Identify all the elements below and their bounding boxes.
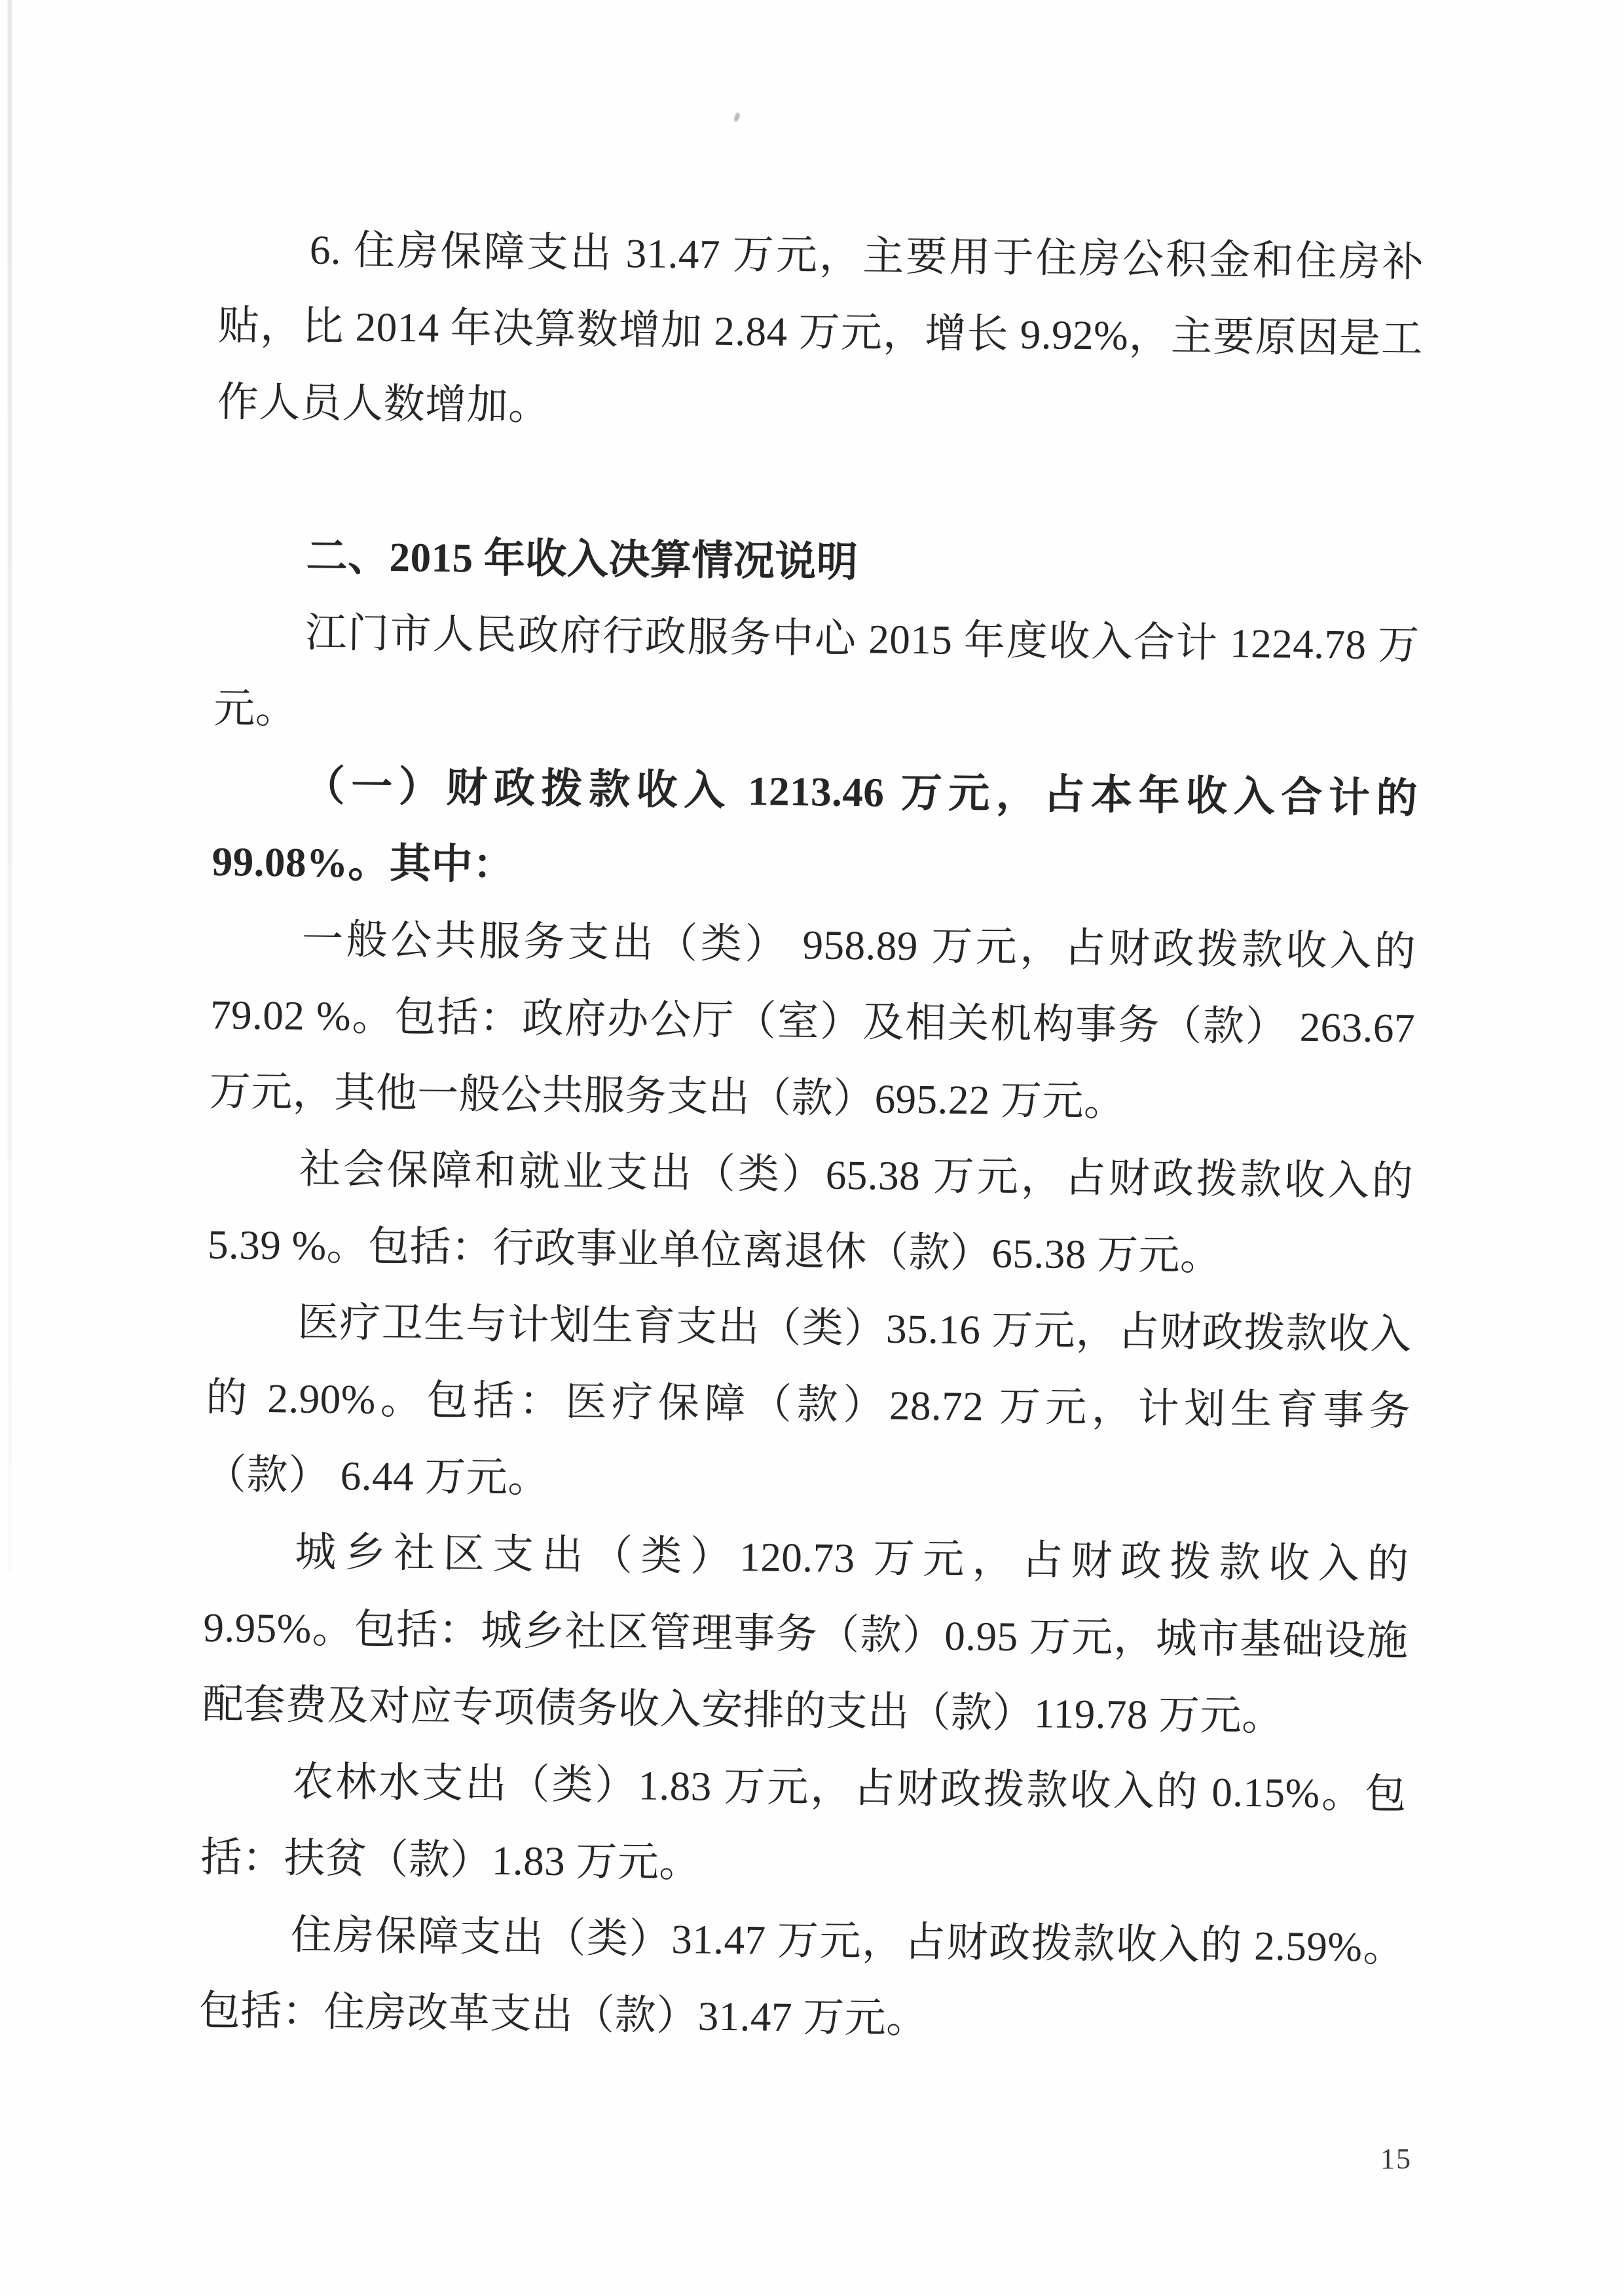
subsection-heading-fiscal-appropriation-income: （一）财政拨款收入 1213.46 万元，占本年收入合计的 99.08%。其中：: [212, 747, 1418, 914]
document-page: 6. 住房保障支出 31.47 万元，主要用于住房公积金和住房补贴，比 2014…: [0, 0, 1624, 2296]
page-number: 15: [1380, 2142, 1412, 2176]
para-housing-security-expense-detail: 住房保障支出（类）31.47 万元，占财政拨款收入的 2.59%。包括：住房改革…: [198, 1896, 1405, 2063]
para-medical-health-family-planning-expense: 医疗卫生与计划生育支出（类）35.16 万元，占财政拨款收入的 2.90%。包括…: [204, 1283, 1412, 1527]
para-social-security-employment-expense: 社会保障和就业支出（类）65.38 万元，占财政拨款收入的 5.39 %。包括：…: [207, 1130, 1414, 1297]
para-agriculture-forestry-water-expense: 农林水支出（类）1.83 万元，占财政拨款收入的 0.15%。包括：扶贫（款）1…: [200, 1743, 1407, 1910]
para-urban-rural-community-expense: 城乡社区支出（类）120.73 万元，占财政拨款收入的 9.95%。包括：城乡社…: [202, 1513, 1409, 1757]
scan-speck: [733, 112, 741, 122]
para-general-public-services-expense: 一般公共服务支出（类） 958.89 万元，占财政拨款收入的 79.02 %。包…: [209, 900, 1416, 1144]
document-text-block: 6. 住房保障支出 31.47 万元，主要用于住房公积金和住房补贴，比 2014…: [198, 211, 1424, 2063]
scan-edge-shadow: [8, 0, 12, 1571]
para-total-income: 江门市人民政府行政服务中心 2015 年度收入合计 1224.78 万元。: [213, 594, 1420, 761]
section-heading-2015-income-final-accounts: 二、2015 年收入决算情况说明: [215, 517, 1420, 608]
para-housing-security-expense-summary: 6. 住房保障支出 31.47 万元，主要用于住房公积金和住房补贴，比 2014…: [217, 211, 1424, 454]
